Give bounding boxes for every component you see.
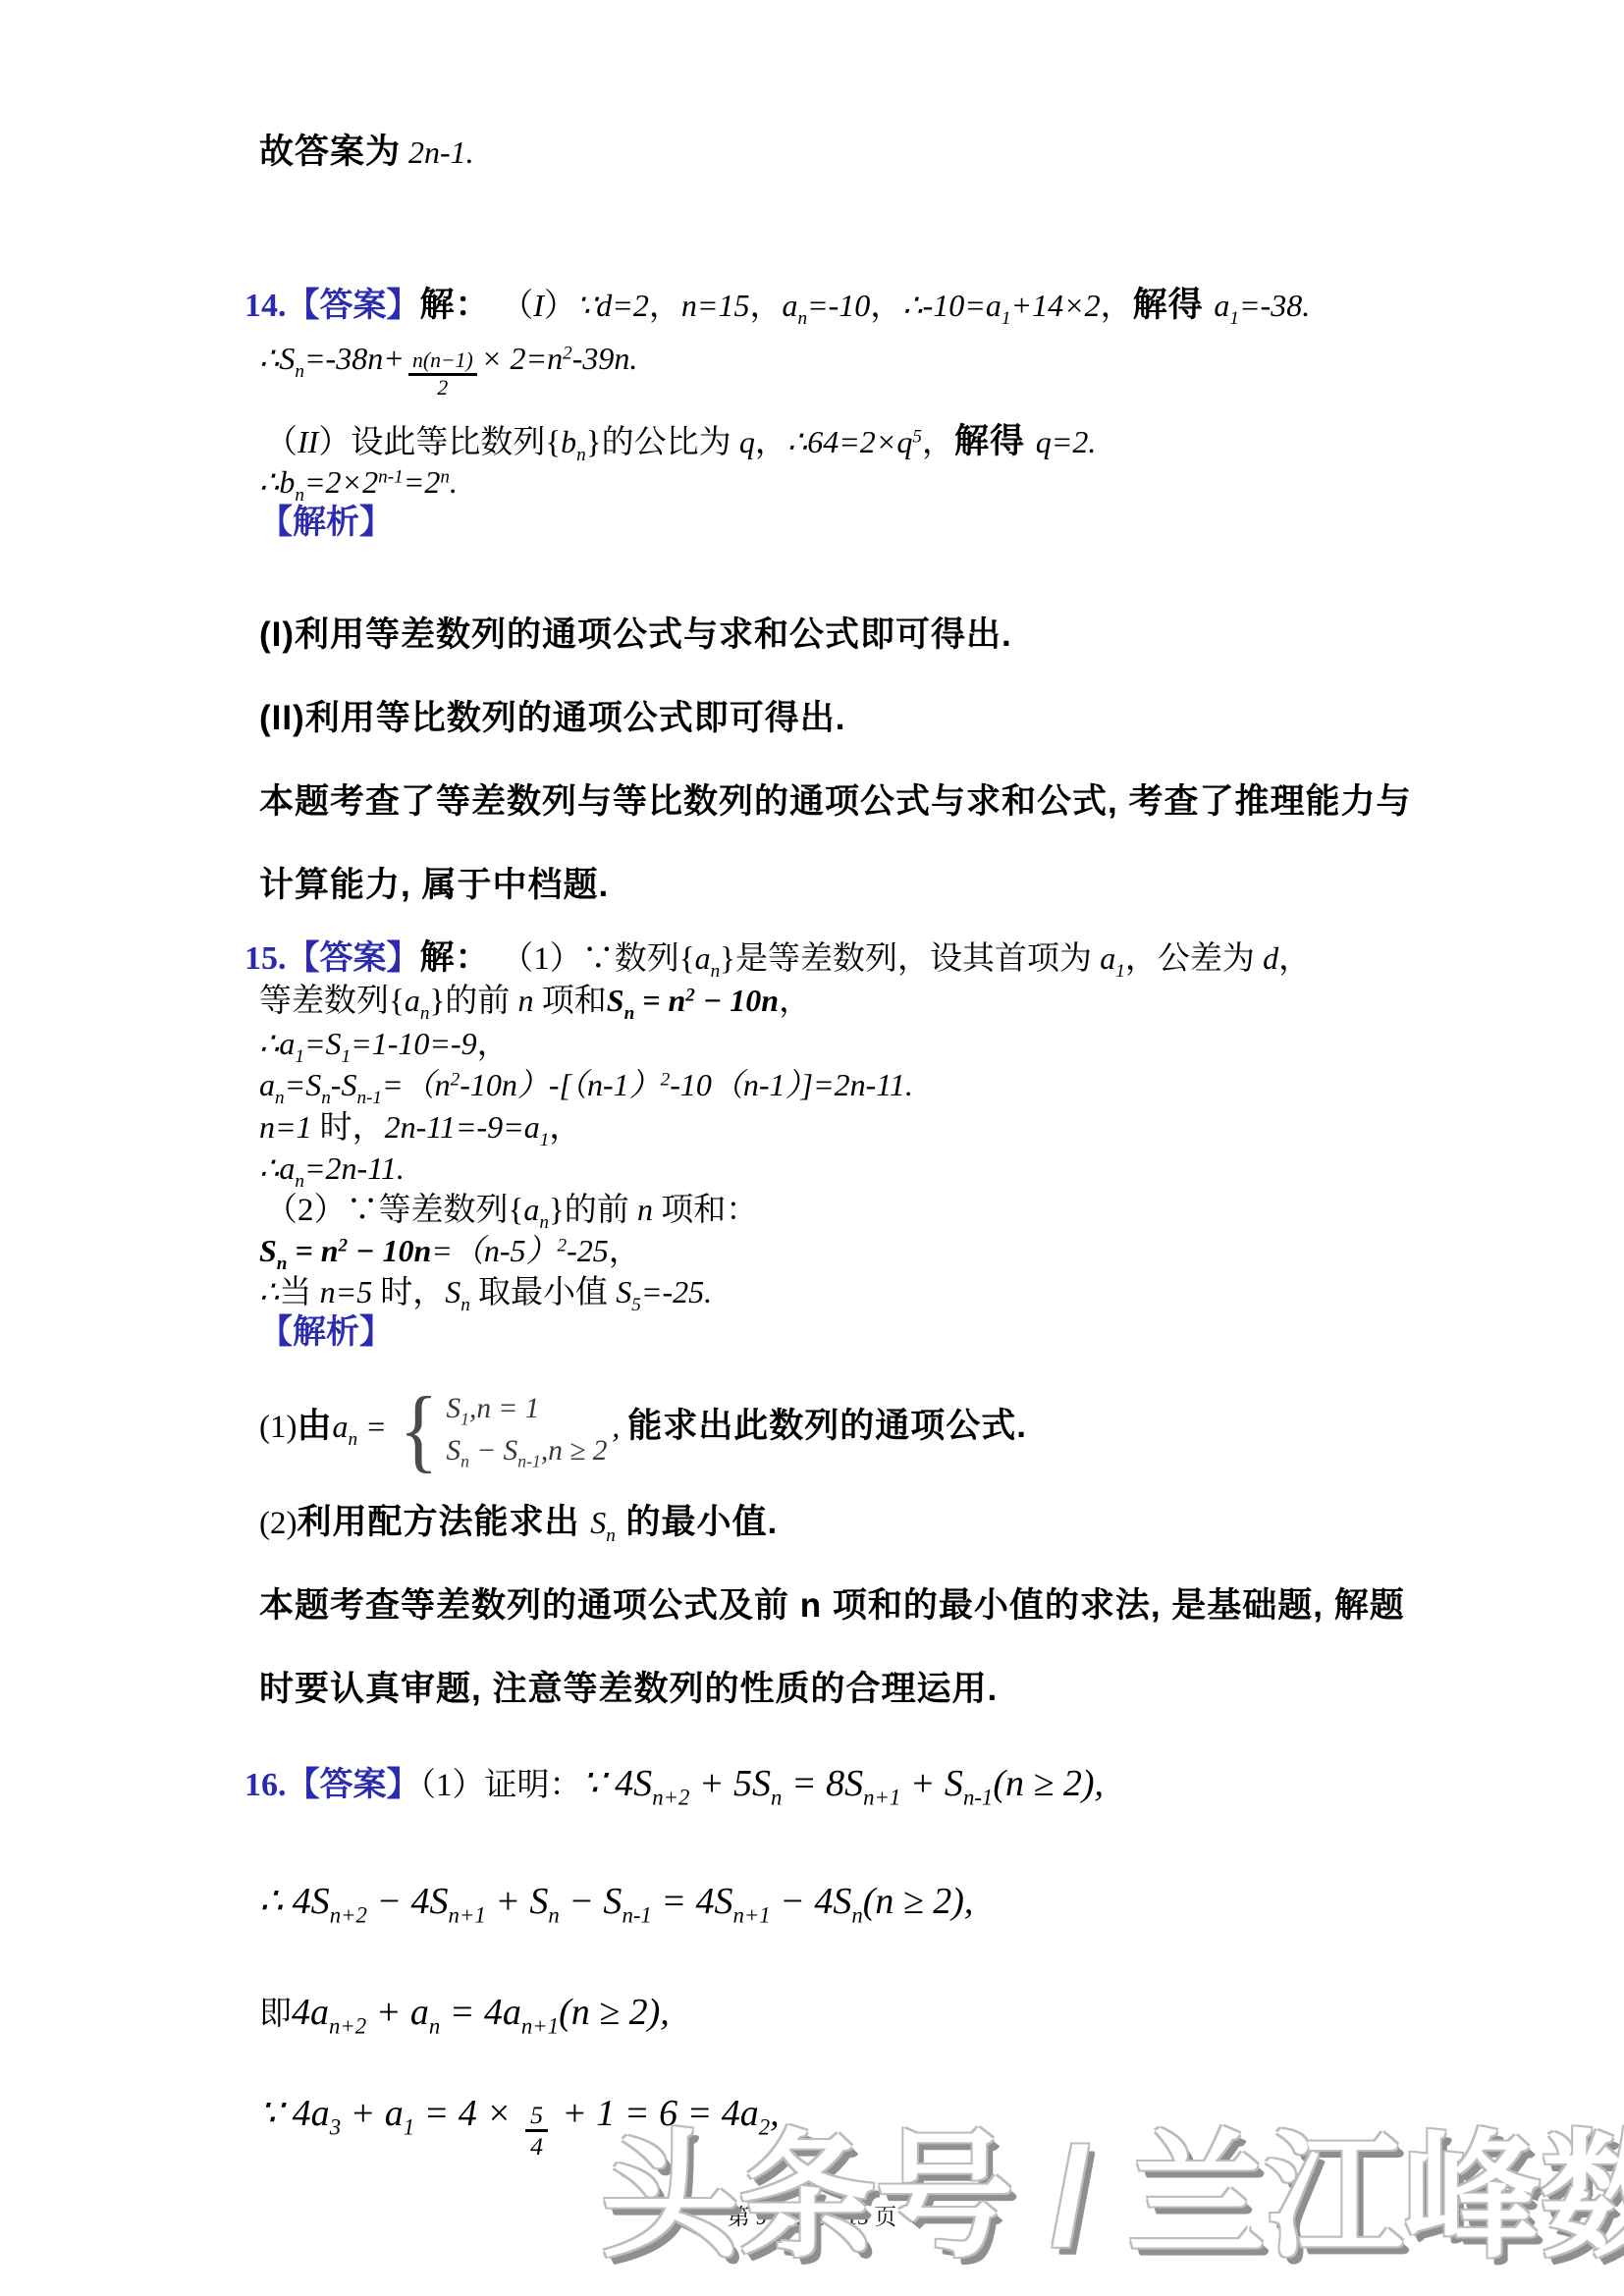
cn-text: ，	[609, 1234, 641, 1269]
fraction-numerator: n(n−1)	[408, 348, 477, 376]
document-line: 故答案为 2n-1.	[259, 131, 474, 174]
math-expression: 2n-11=-9=a1	[385, 1109, 550, 1145]
cn-bold-text: 解得	[954, 422, 1036, 460]
math-expression: n	[518, 983, 534, 1018]
math-expression: an	[523, 1192, 549, 1227]
cn-text: }的前	[549, 1193, 637, 1228]
math-expression: =（n-5）2-25	[431, 1233, 609, 1268]
math-expression: ∴bn=2×2n-1=2n.	[259, 464, 458, 500]
math-expression: an	[405, 983, 430, 1018]
math-expression: n	[637, 1192, 653, 1227]
cn-text: ，	[477, 1027, 510, 1062]
math-expression: an=Sn-Sn-1=（n2-10n）-[（n-1）2-10（n-1）]=2n-…	[259, 1067, 913, 1102]
answer-label: 15.【答案】	[244, 940, 420, 977]
cn-bold-text: 故答案为	[259, 133, 401, 171]
answer-label: 【解析】	[259, 1314, 393, 1351]
cn-text: 当	[279, 1275, 319, 1310]
cn-text: ，	[649, 289, 681, 324]
cn-bold-text: 利用配方法能求出	[297, 1503, 590, 1541]
math-expression: Sn	[590, 1505, 616, 1540]
document-line: 时要认真审题, 注意等差数列的性质的合理运用.	[259, 1668, 998, 1711]
document-line: 15.【答案】解： （1）∵数列{an}是等差数列，设其首项为 a1，公差为 d…	[244, 936, 1311, 981]
math-expression: ∵d=2	[576, 288, 649, 323]
document-line: (II)利用等比数列的通项公式即可得出.	[259, 697, 845, 740]
math-expression: S5=-25.	[616, 1274, 712, 1309]
cn-text: ，	[749, 289, 782, 324]
fraction: 54	[525, 2101, 548, 2162]
math-expression: n=5	[320, 1274, 381, 1309]
cn-text: ）设此等比数列{	[318, 425, 561, 460]
document-line: ∴bn=2×2n-1=2n.	[259, 462, 458, 502]
document-line: （2）∵等差数列{an}的前 n 项和：	[265, 1190, 758, 1231]
fraction-denominator: 2	[408, 376, 477, 400]
document-line: n=1 时，2n-11=-9=a1，	[259, 1107, 581, 1148]
fraction-numerator: 5	[525, 2101, 548, 2133]
cn-text: 即	[259, 1997, 292, 2032]
document-line: 等差数列{an}的前 n 项和Sn = n2 − 10n，	[259, 981, 811, 1022]
cn-text: 项和：	[653, 1193, 758, 1228]
cn-text: （	[501, 289, 533, 324]
document-line: 计算能力, 属于中档题.	[259, 864, 609, 907]
cn-text: 时，	[320, 1110, 385, 1146]
math-expression: Sn = n2 − 10n	[259, 1233, 431, 1268]
math-expression: ∴ 4Sn+2 − 4Sn+1 + Sn − Sn-1 = 4Sn+1 − 4S…	[259, 1881, 973, 1922]
math-expression: ∴a1=S1=1-10=-9	[259, 1026, 477, 1061]
math-expression: an=-10	[782, 288, 870, 323]
cn-bold-text: 解得	[1133, 286, 1215, 324]
document-line: 14.【答案】解： （I）∵d=2，n=15，an=-10，∴-10=a1+14…	[244, 284, 1310, 328]
cn-text: ，	[755, 425, 787, 460]
document-line: (1)由an = {S1,n = 1Sn − Sn-1,n ≥ 2, 能求出此数…	[259, 1389, 1027, 1470]
document-line: ∴a1=S1=1-10=-9，	[259, 1024, 510, 1065]
document-line: 本题考查等差数列的通项公式及前 n 项和的最小值的求法, 是基础题, 解题	[259, 1584, 1405, 1628]
document-line: ∴an=2n-11.	[259, 1148, 405, 1188]
math-expression: I	[533, 288, 544, 323]
math-expression: q	[739, 424, 755, 459]
watermark: 头条号 / 兰江峰数学	[601, 2128, 1624, 2266]
math-expression: × 2=n2-39n.	[481, 341, 637, 376]
document-line: 【解析】	[259, 1312, 393, 1355]
math-expression: q=2.	[1036, 424, 1097, 459]
math-expression: ∴an=2n-11.	[259, 1150, 405, 1186]
document-line: 16.【答案】（1）证明：∵ 4Sn+2 + 5Sn = 8Sn+1 + Sn-…	[244, 1761, 1104, 1808]
cn-text: 取最小值	[470, 1275, 617, 1310]
cn-text: （1）证明：	[420, 1768, 582, 1803]
cn-text: }的前	[429, 984, 517, 1019]
answer-label: 【解析】	[259, 505, 393, 541]
cn-bold-text: 本题考查了等差数列与等比数列的通项公式与求和公式, 考查了推理能力与	[259, 782, 1411, 821]
math-expression: an =	[333, 1409, 395, 1444]
cn-text: （1）∵数列{	[501, 941, 694, 977]
cn-text: （	[265, 425, 298, 460]
document-line: （II）设此等比数列{bn}的公比为 q，∴64=2×q5，解得 q=2.	[265, 420, 1096, 463]
document-line: ∴Sn=-38n+n(n−1)2× 2=n2-39n.	[259, 339, 637, 400]
cn-bold-text: 能求出此数列的通项公式.	[627, 1407, 1027, 1445]
cn-text: ，	[1101, 289, 1133, 324]
answer-label: 14.【答案】	[244, 288, 420, 324]
cn-text: ，	[1278, 941, 1311, 977]
cn-text: ，	[922, 425, 954, 460]
document-line: 【解析】	[259, 503, 393, 545]
cn-bold-text: 本题考查等差数列的通项公式及前 n 项和的最小值的求法, 是基础题, 解题	[259, 1586, 1405, 1625]
cn-text: (1)	[259, 1410, 297, 1445]
document-line: (2)利用配方法能求出 Sn 的最小值.	[259, 1501, 778, 1544]
math-expression: ∴	[259, 1274, 279, 1309]
cn-text: 项和	[534, 984, 607, 1019]
math-expression: ,	[612, 1409, 627, 1444]
cases-row: S1,n = 1	[446, 1391, 607, 1427]
document-line: 本题考查了等差数列与等比数列的通项公式与求和公式, 考查了推理能力与	[259, 780, 1411, 824]
math-expression: II	[298, 424, 318, 459]
cn-text: 时，	[380, 1275, 445, 1310]
document-line: 即4an+2 + an = 4an+1(n ≥ 2),	[259, 1990, 670, 2037]
document-line: (I)利用等差数列的通项公式与求和公式即可得出.	[259, 614, 1012, 657]
document-line: Sn = n2 − 10n=（n-5）2-25，	[259, 1231, 641, 1272]
answer-label: 16.【答案】	[244, 1767, 420, 1803]
cn-bold-text: 由	[297, 1407, 332, 1445]
math-expression: ∴-10=a1+14×2	[902, 288, 1100, 323]
math-expression: Sn = n2 − 10n	[607, 983, 779, 1018]
cn-bold-text: 时要认真审题, 注意等差数列的性质的合理运用.	[259, 1670, 998, 1708]
cases-row: Sn − Sn-1,n ≥ 2	[446, 1433, 607, 1469]
math-expression: ∵ 4Sn+2 + 5Sn = 8Sn+1 + Sn-1(n ≥ 2),	[582, 1763, 1105, 1804]
document-line: an=Sn-Sn-1=（n2-10n）-[（n-1）2-10（n-1）]=2n-…	[259, 1065, 913, 1104]
document-page: 故答案为 2n-1.14.【答案】解： （I）∵d=2，n=15，an=-10，…	[0, 0, 1624, 2296]
cn-text: 等差数列{	[259, 984, 405, 1019]
math-expression: an	[695, 940, 721, 976]
fraction: n(n−1)2	[408, 348, 477, 400]
cn-bold-text: (II)利用等比数列的通项公式即可得出.	[259, 699, 845, 737]
cn-text: ，	[549, 1110, 581, 1146]
math-expression: n=15	[681, 288, 750, 323]
cn-bold-text: 计算能力, 属于中档题.	[259, 866, 609, 904]
cn-text: ，公差为	[1125, 941, 1263, 977]
document-line: ∴当 n=5 时，Sn 取最小值 S5=-25.	[259, 1272, 712, 1313]
math-expression: 2n-1.	[401, 134, 474, 170]
fraction-denominator: 4	[525, 2132, 548, 2162]
math-expression: 4an+2 + an = 4an+1(n ≥ 2),	[292, 1992, 670, 2033]
document-line: ∴ 4Sn+2 − 4Sn+1 + Sn − Sn-1 = 4Sn+1 − 4S…	[259, 1879, 973, 1926]
cn-text: ，	[779, 984, 811, 1019]
cn-text: ，	[870, 289, 902, 324]
math-expression: n=1	[259, 1109, 320, 1145]
cn-bold-text: 解：	[420, 286, 502, 324]
cn-text: （2）∵等差数列{	[265, 1193, 523, 1228]
cn-text: }的公比为	[586, 425, 739, 460]
math-expression: a1	[1100, 940, 1125, 976]
math-expression: bn	[561, 424, 586, 459]
piecewise-cases: {S1,n = 1Sn − Sn-1,n ≥ 2	[399, 1389, 607, 1470]
math-expression: d	[1263, 940, 1278, 976]
cn-bold-text: 的最小值.	[616, 1503, 778, 1541]
cn-text: (2)	[259, 1506, 297, 1541]
math-expression: ∴Sn=-38n+	[259, 341, 405, 376]
left-brace: {	[399, 1383, 438, 1477]
math-expression: ∵ 4a3 + a1 = 4 ×	[259, 2093, 520, 2134]
math-expression: Sn	[445, 1274, 470, 1309]
cn-text: ）	[544, 289, 576, 324]
math-expression: ∴64=2×q5	[787, 424, 922, 459]
cn-bold-text: (I)利用等差数列的通项公式与求和公式即可得出.	[259, 615, 1012, 654]
cn-text: }是等差数列，设其首项为	[720, 941, 1100, 977]
cn-bold-text: 解：	[420, 938, 502, 977]
math-expression: a1=-38.	[1214, 288, 1310, 323]
cases-rows: S1,n = 1Sn − Sn-1,n ≥ 2	[438, 1391, 607, 1469]
